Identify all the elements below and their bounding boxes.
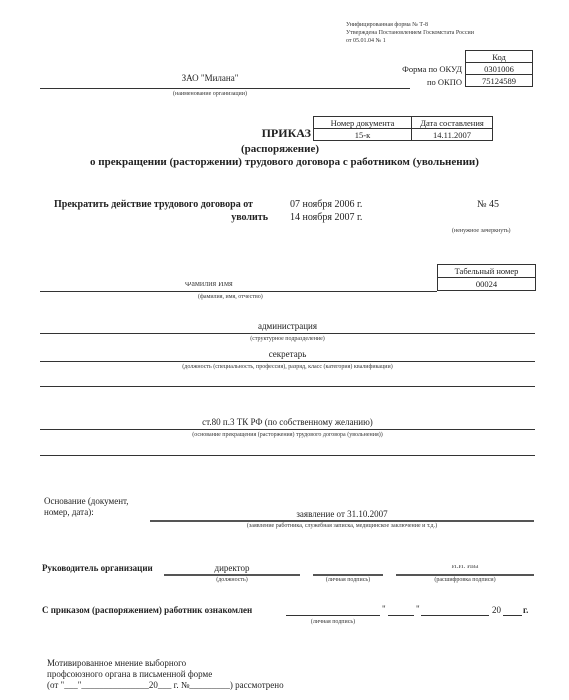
employee-name: Фамилия Имя [185,282,265,287]
dismiss-date: 14 ноября 2007 г. [290,212,362,223]
document-title: ПРИКАЗ [200,126,311,141]
doc-number-header: Номер документа [314,117,412,129]
acknowledge-year-suffix: г. [523,605,528,615]
form-line-2: Утверждена Постановлением Госкомстата Ро… [346,30,474,36]
grounds-caption: (основание прекращения (расторжения) тру… [40,432,535,438]
doc-date: 14.11.2007 [412,129,493,141]
codes-header: Код [466,51,533,63]
okpo-label: по ОКПО [380,77,462,87]
acknowledge-year-prefix: 20 [492,605,501,615]
acknowledge-quote-open: " [382,604,386,614]
okud-value: 0301006 [466,63,533,75]
position-line [40,361,535,362]
acknowledge-day-line[interactable] [388,615,414,616]
department-line [40,333,535,334]
head-decoding: И.И. Ива [396,565,534,569]
document-heading: о прекращении (расторжении) трудового до… [20,156,549,168]
organization-line [40,88,410,89]
union-line-1: Мотивированное мнение выборного [47,658,186,668]
organization-name: ЗАО "Милана" [150,73,270,83]
employee-position: секретарь [40,349,535,359]
employee-name-line [40,291,437,292]
okud-label: Форма по ОКУД [380,64,462,74]
tab-number-header: Табельный номер [438,265,536,278]
union-line-2: профсоюзного органа в письменной форме [47,669,212,679]
position-caption: (должность (специальность, профессия), р… [40,364,535,370]
terminate-date: 07 ноября 2006 г. [290,199,362,210]
form-line-3: от 05.01.04 № 1 [346,38,386,44]
doc-number: 15-к [314,129,412,141]
grounds-value: ст.80 п.3 ТК РФ (по собственному желанию… [40,417,535,427]
doc-date-header: Дата составления [412,117,493,129]
basis-label-2: номер, дата): [44,507,94,517]
employee-name-caption: (фамилия, имя, отчество) [198,294,263,300]
grounds-extra-line [40,455,535,456]
document-table: Номер документа Дата составления 15-к 14… [313,116,493,141]
head-decoding-line [396,574,534,576]
tab-number-table: Табельный номер 00024 [437,264,536,291]
head-position-caption: (должность) [164,577,300,583]
grounds-line [40,429,535,430]
okpo-value: 75124589 [466,75,533,87]
acknowledge-quote-close: " [416,604,420,614]
department-caption: (структурное подразделение) [40,336,535,342]
employee-department: администрация [40,321,535,331]
head-label: Руководитель организации [42,563,153,573]
document-subtitle: (распоряжение) [180,143,380,155]
acknowledge-label: С приказом (распоряжением) работник озна… [42,605,252,615]
organization-caption: (наименование организации) [150,91,270,97]
basis-value: заявление от 31.10.2007 [150,509,534,519]
head-signature-caption: (личная подпись) [313,577,383,583]
head-decoding-caption: (расшифровка подписи) [396,577,534,583]
position-extra-line [40,386,535,387]
strike-caption: (ненужное зачеркнуть) [452,228,511,234]
basis-label-1: Основание (документ, [44,496,129,506]
codes-table: Код 0301006 75124589 [465,50,533,87]
contract-number: № 45 [477,199,499,210]
acknowledge-year-line[interactable] [503,615,522,616]
tab-number: 00024 [438,278,536,291]
acknowledge-signature-line[interactable] [286,615,380,616]
dismiss-label: уволить [200,212,268,223]
acknowledge-month-line[interactable] [421,615,489,616]
union-line-3: (от "___"_______________20___ г. №______… [47,680,284,690]
terminate-label: Прекратить действие трудового договора о… [54,199,253,210]
head-position: директор [164,563,300,573]
basis-caption: (заявление работника, служебная записка,… [150,523,534,529]
acknowledge-signature-caption: (личная подпись) [286,619,380,625]
form-line-1: Унифицированная форма № Т-8 [346,22,428,28]
head-position-line [164,574,300,576]
head-signature-line[interactable] [313,574,383,576]
basis-line [150,520,534,522]
